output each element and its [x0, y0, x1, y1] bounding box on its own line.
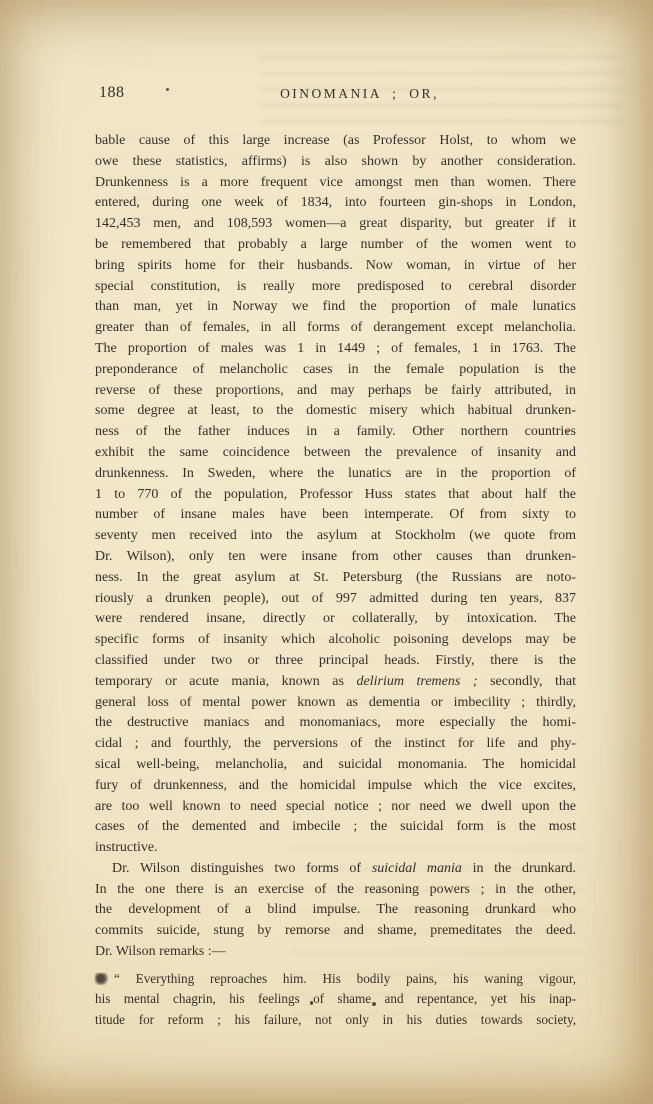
text-line: In the one there is an exercise of the r…	[95, 880, 576, 901]
text-line: were rendered insane, directly or collat…	[95, 609, 576, 630]
text-line: Dr. Wilson distinguishes two forms of su…	[95, 859, 576, 880]
paragraph: Dr. Wilson distinguishes two forms of su…	[95, 859, 576, 963]
text-line: some degree at least, to the domestic mi…	[95, 401, 576, 422]
text-line: The proportion of males was 1 in 1449 ; …	[95, 339, 576, 360]
text-line: bring spirits home for their husbands. N…	[95, 256, 576, 277]
text-line: specific forms of insanity which alcohol…	[95, 630, 576, 651]
text-line: the development of a blind impulse. The …	[95, 900, 576, 921]
ink-smudge	[95, 973, 109, 985]
text-line: be remembered that probably a large numb…	[95, 235, 576, 256]
text-line: commits suicide, stung by remorse and sh…	[95, 921, 576, 942]
text-line: Dr. Wilson), only ten were insane from o…	[95, 547, 576, 568]
text-line: the destructive maniacs and monomaniacs,…	[95, 713, 576, 734]
text-line: sical well-being, melancholia, and suici…	[95, 755, 576, 776]
text-line: general loss of mental power known as de…	[95, 693, 576, 714]
text-line: ness of the father induces in a family. …	[95, 422, 576, 443]
text-line: than man, yet in Norway we find the prop…	[95, 297, 576, 318]
running-header: OINOMANIA ; OR,	[119, 86, 600, 102]
text-line: cases of the demented and imbecile ; the…	[95, 817, 576, 838]
text-line: special constitution, is really more pre…	[95, 277, 576, 298]
paragraph: “ Everything reproaches him. His bodily …	[95, 969, 576, 1031]
text-line: number of insane males have been intempe…	[95, 505, 576, 526]
text-line: exhibit the same coincidence between the…	[95, 443, 576, 464]
text-line: Drunkenness is a more frequent vice amon…	[95, 173, 576, 194]
text-line: drunkenness. In Sweden, where the lunati…	[95, 464, 576, 485]
paragraph: bable cause of this large increase (as P…	[95, 131, 576, 859]
scanned-book-page: 188 OINOMANIA ; OR, bable cause of this …	[0, 0, 653, 1104]
text-line: bable cause of this large increase (as P…	[95, 131, 576, 152]
text-line: 142,453 men, and 108,593 women—a great d…	[95, 214, 576, 235]
text-line: entered, during one week of 1834, into f…	[95, 193, 576, 214]
text-line: titude for reform ; his failure, not onl…	[95, 1010, 576, 1031]
text-line: riously a drunken people), out of 997 ad…	[95, 589, 576, 610]
text-line: cidal ; and fourthly, the perversions of…	[95, 734, 576, 755]
text-line: owe these statistics, affirms) is also s…	[95, 152, 576, 173]
text-line: seventy men received into the asylum at …	[95, 526, 576, 547]
text-line: fury of drunkenness, and the homicidal i…	[95, 776, 576, 797]
text-line: ness. In the great asylum at St. Petersb…	[95, 568, 576, 589]
page-header: 188 OINOMANIA ; OR,	[95, 84, 576, 106]
text-line: his mental chagrin, his feelings of sham…	[95, 989, 576, 1010]
text-line: instructive.	[95, 838, 576, 859]
text-line: classified under two or three principal …	[95, 651, 576, 672]
text-line: preponderance of melancholic cases in th…	[95, 360, 576, 381]
text-line: 1 to 770 of the population, Professor Hu…	[95, 485, 576, 506]
text-block: bable cause of this large increase (as P…	[95, 131, 576, 1031]
text-line: “ Everything reproaches him. His bodily …	[95, 969, 576, 990]
text-line: temporary or acute mania, known as delir…	[95, 672, 576, 693]
text-line: reverse of these proportions, and may pe…	[95, 381, 576, 402]
text-line: are too well known to need special notic…	[95, 797, 576, 818]
text-line: greater than of females, in all forms of…	[95, 318, 576, 339]
text-line: Dr. Wilson remarks :—	[95, 942, 576, 963]
